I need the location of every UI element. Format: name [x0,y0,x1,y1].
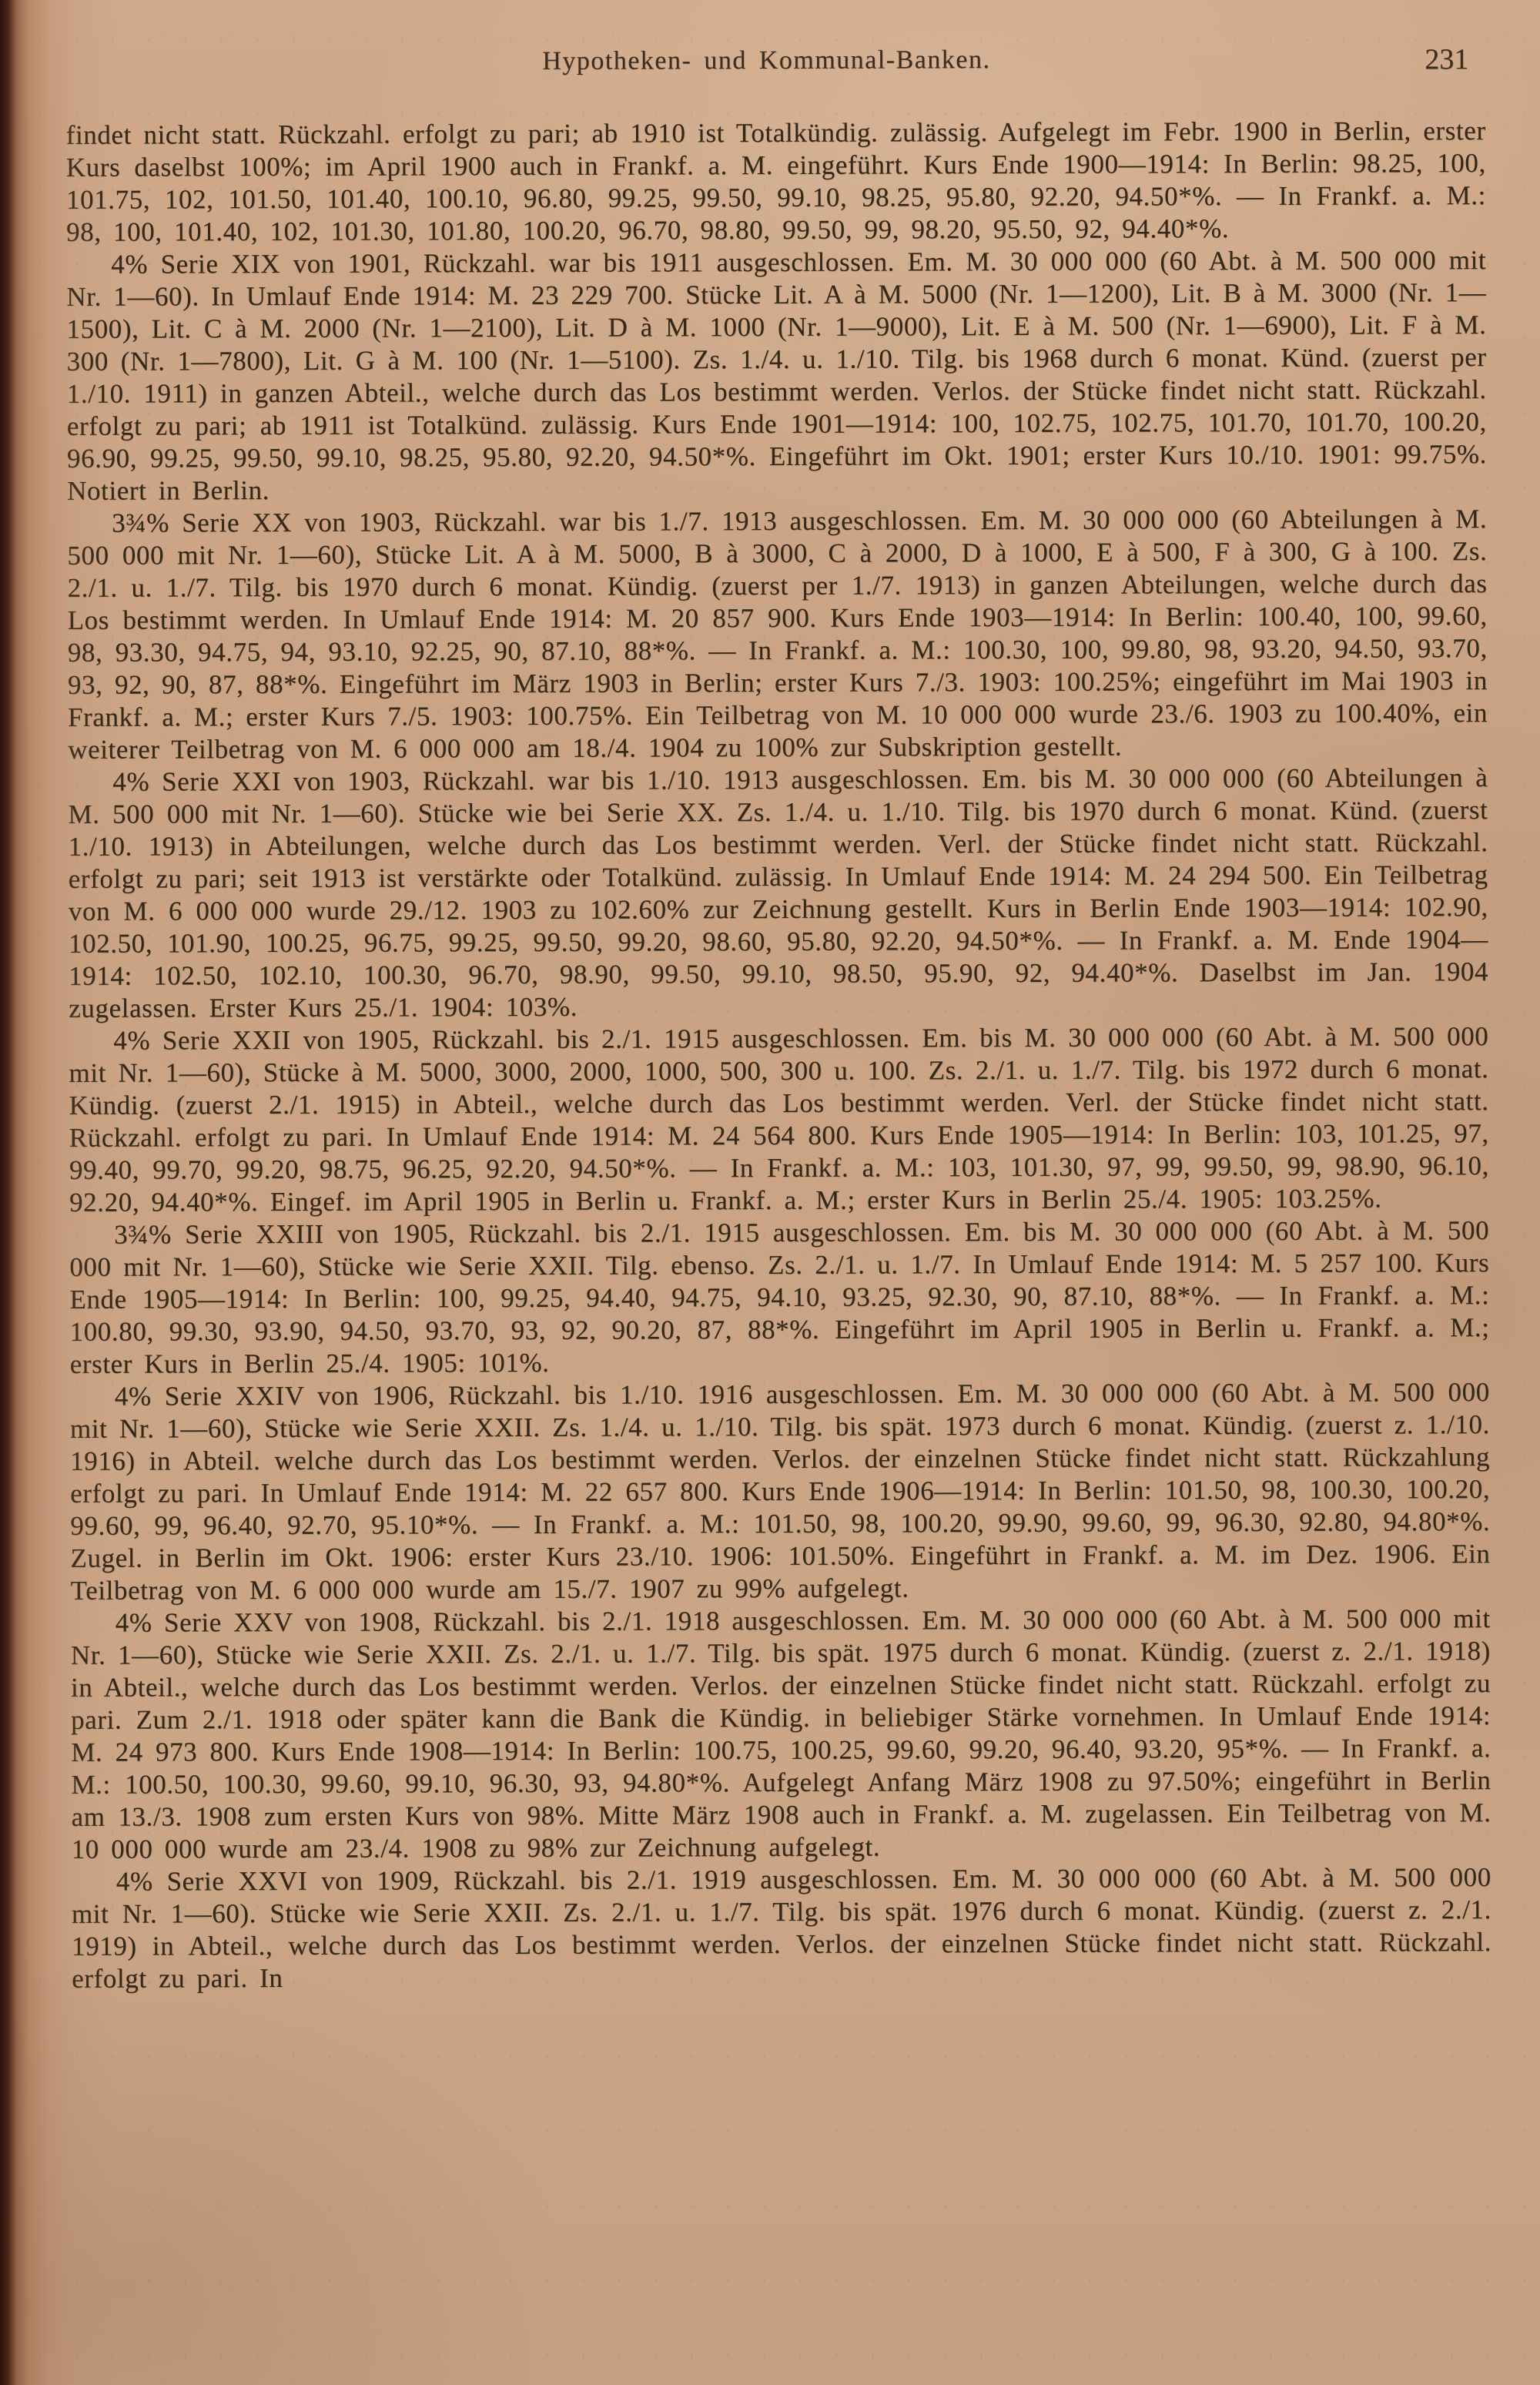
paragraph-serie-xx: 3¾% Serie XX von 1903, Rückzahl. war bis… [67,503,1488,766]
body-text: findet nicht statt. Rückzahl. erfolgt zu… [66,115,1492,1995]
running-title: Hypotheken- und Kommunal-Banken. [0,44,1536,78]
paragraph-serie-xxv: 4% Serie XXV von 1908, Rückzahl. bis 2./… [71,1603,1491,1866]
paragraph-serie-xxiv: 4% Serie XXIV von 1906, Rückzahl. bis 1.… [70,1376,1491,1607]
paragraph-serie-xxiii: 3¾% Serie XXIII von 1905, Rückzahl. bis … [69,1214,1490,1381]
paragraph-serie-xxvi: 4% Serie XXVI von 1909, Rückzahl. bis 2.… [72,1861,1492,1995]
paragraph-serie-xix: 4% Serie XIX von 1901, Rückzahl. war bis… [66,244,1487,507]
paragraph-continuation: findet nicht statt. Rückzahl. erfolgt zu… [66,115,1487,249]
paragraph-serie-xxi: 4% Serie XXI von 1903, Rückzahl. war bis… [68,762,1488,1025]
paragraph-serie-xxii: 4% Serie XXII von 1905, Rückzahl. bis 2.… [69,1020,1489,1219]
page-number: 231 [1424,42,1468,76]
page-header: Hypotheken- und Kommunal-Banken. 231 [0,44,1536,85]
page-content: Hypotheken- und Kommunal-Banken. 231 fin… [0,0,1540,2385]
scanned-book-page: Hypotheken- und Kommunal-Banken. 231 fin… [0,0,1540,2385]
